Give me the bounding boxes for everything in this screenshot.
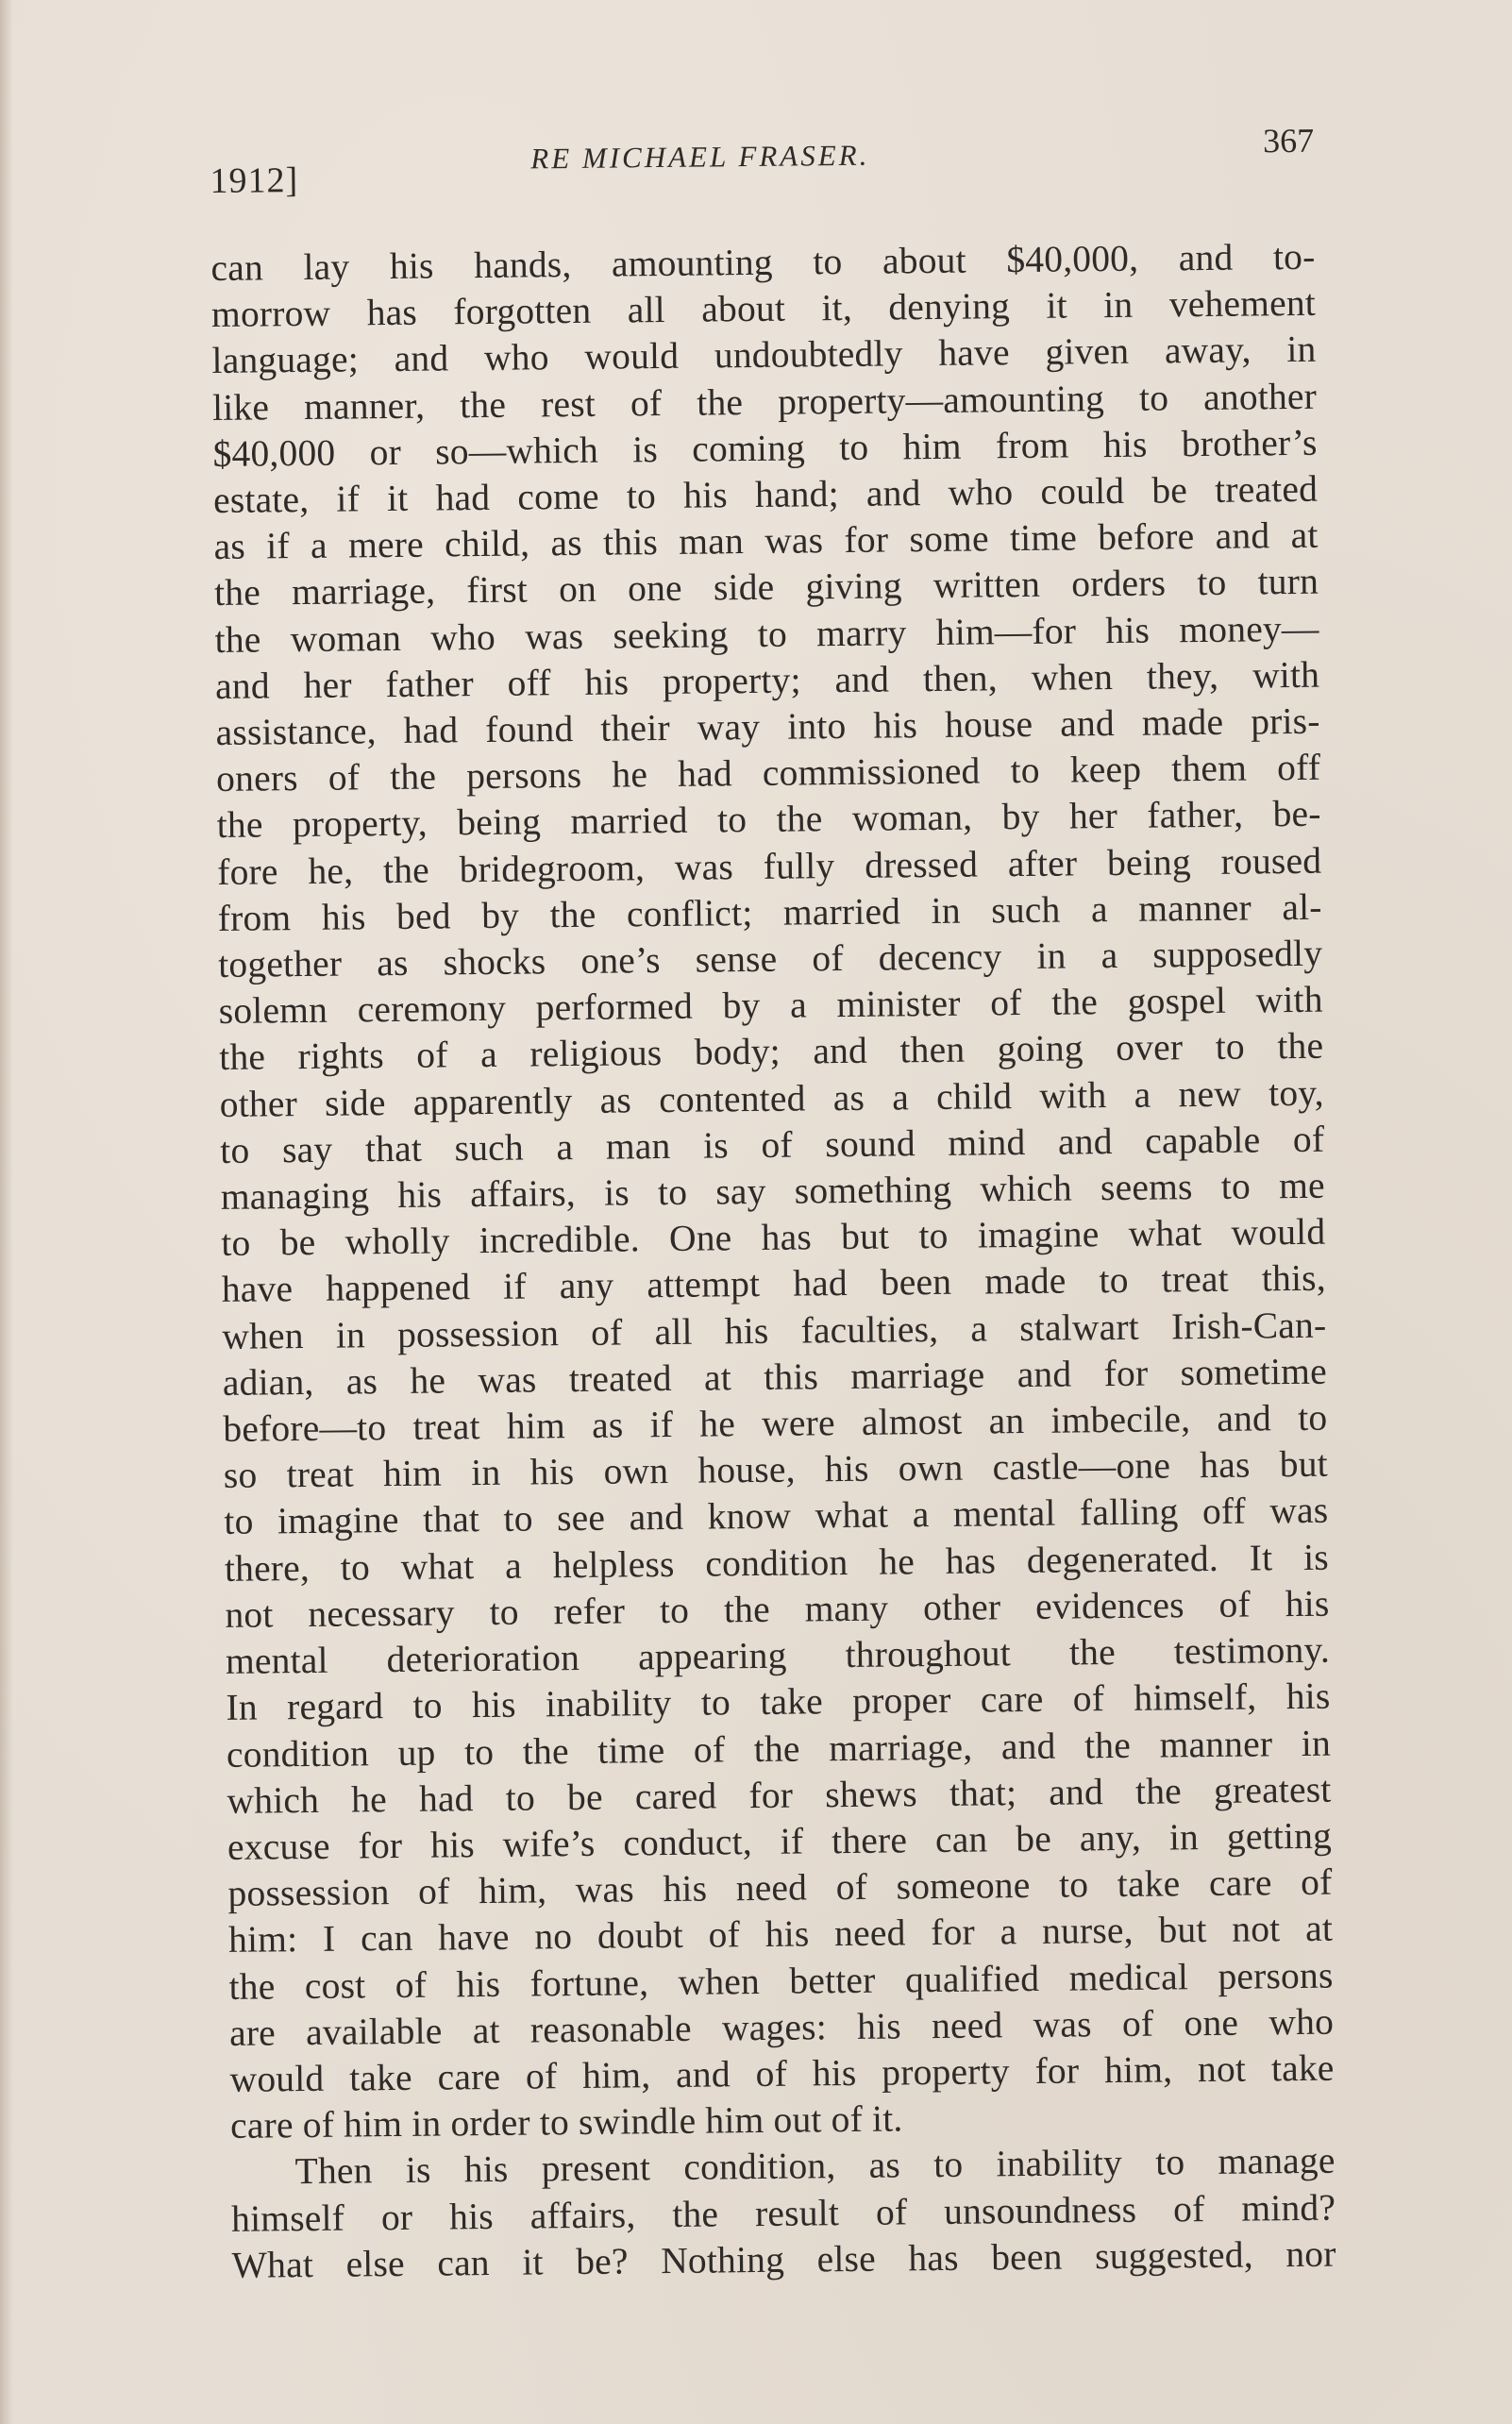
running-head-year: 1912]: [210, 160, 298, 202]
running-head: 1912] RE MICHAEL FRASER. 367: [210, 121, 1315, 208]
book-page: 1912] RE MICHAEL FRASER. 367 can lay his…: [210, 121, 1336, 2289]
paragraph-2: Then is his present condition, as to ina…: [230, 2138, 1336, 2289]
running-head-title: RE MICHAEL FRASER.: [530, 139, 869, 177]
page-number: 367: [1263, 121, 1314, 161]
page-gutter-shadow: [0, 0, 13, 2424]
paragraph-1: can lay his hands, amounting to about $4…: [210, 234, 1335, 2149]
body-text: can lay his hands, amounting to about $4…: [210, 234, 1336, 2289]
